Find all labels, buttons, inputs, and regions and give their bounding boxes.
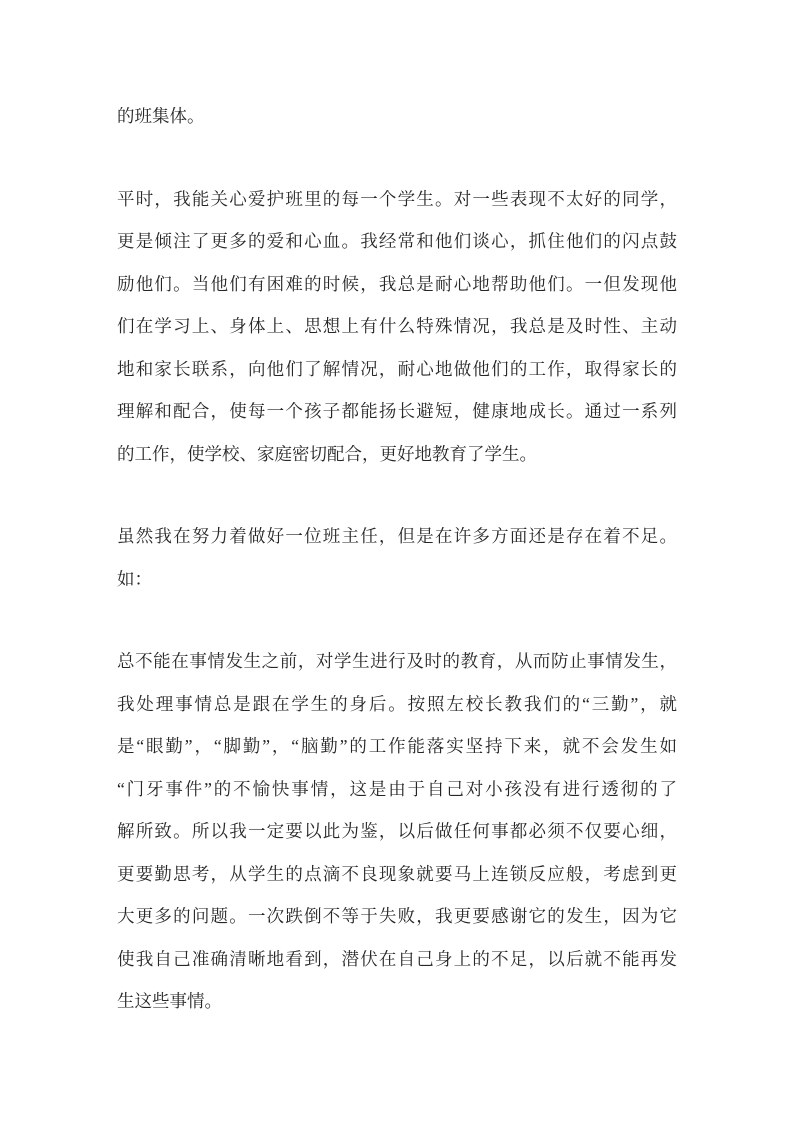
text-line: 们在学习上、身体上、思想上有什么特殊情况，我总是及时性、主动 (117, 305, 677, 348)
text-line: 解所致。所以我一定要以此为鉴，以后做任何事都必须不仅要心细， (117, 810, 677, 853)
text-line: 平时，我能关心爱护班里的每一个学生。对一些表现不太好的同学， (117, 178, 677, 221)
document-page: 的班集体。平时，我能关心爱护班里的每一个学生。对一些表现不太好的同学，更是倾注了… (0, 0, 793, 1122)
paragraph: 平时，我能关心爱护班里的每一个学生。对一些表现不太好的同学，更是倾注了更多的爱和… (117, 178, 677, 476)
text-line: 如： (117, 558, 677, 601)
text-line: 生这些事情。 (117, 980, 677, 1023)
text-line: 虽然我在努力着做好一位班主任，但是在许多方面还是存在着不足。 (117, 515, 677, 558)
text-line: 更要勤思考，从学生的点滴不良现象就要马上连锁反应般，考虑到更 (117, 853, 677, 896)
text-line: 励他们。当他们有困难的时候，我总是耐心地帮助他们。一但发现他 (117, 263, 677, 306)
text-line: 的班集体。 (117, 95, 677, 138)
text-line: 的工作，使学校、家庭密切配合，更好地教育了学生。 (117, 433, 677, 476)
text-line: 理解和配合，使每一个孩子都能扬长避短，健康地成长。通过一系列 (117, 390, 677, 433)
paragraph: 的班集体。 (117, 95, 677, 138)
paragraph: 虽然我在努力着做好一位班主任，但是在许多方面还是存在着不足。如： (117, 515, 677, 600)
document-body: 的班集体。平时，我能关心爱护班里的每一个学生。对一些表现不太好的同学，更是倾注了… (117, 95, 677, 1063)
text-line: 是“眼勤”，“脚勤”，“脑勤”的工作能落实坚持下来，就不会发生如 (117, 725, 677, 768)
text-line: 大更多的问题。一次跌倒不等于失败，我更要感谢它的发生，因为它 (117, 895, 677, 938)
paragraph: 总不能在事情发生之前，对学生进行及时的教育，从而防止事情发生，我处理事情总是跟在… (117, 640, 677, 1023)
text-line: 总不能在事情发生之前，对学生进行及时的教育，从而防止事情发生， (117, 640, 677, 683)
text-line: 地和家长联系，向他们了解情况，耐心地做他们的工作，取得家长的 (117, 348, 677, 391)
text-line: 使我自己准确清晰地看到，潜伏在自己身上的不足，以后就不能再发 (117, 938, 677, 981)
text-line: 我处理事情总是跟在学生的身后。按照左校长教我们的“三勤”，就 (117, 683, 677, 726)
text-line: 更是倾注了更多的爱和心血。我经常和他们谈心，抓住他们的闪点鼓 (117, 220, 677, 263)
text-line: “门牙事件”的不愉快事情，这是由于自己对小孩没有进行透彻的了 (117, 768, 677, 811)
